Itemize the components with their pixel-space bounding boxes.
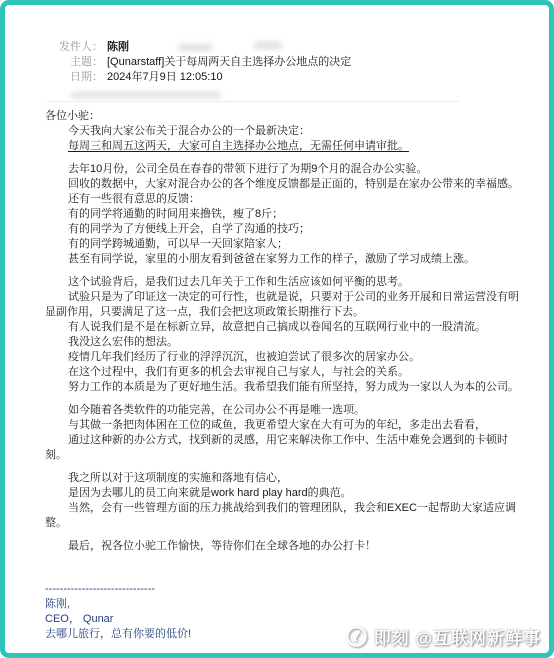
body-line: 还有一些很有意思的反馈：	[45, 192, 537, 207]
body-line: 今天我向大家公布关于混合办公的一个最新决定：	[45, 124, 537, 139]
watermark: 即刻 @互联网新鲜事	[345, 624, 541, 649]
body-line: 有的同学为了方便线上开会，自学了沟通的技巧；	[45, 222, 537, 237]
body-line: 与其做一条把肉体困在工位的咸鱼，我更希望大家在大有可为的年纪，多走出去看看，	[45, 418, 537, 433]
header-field-label: 发件人：	[45, 40, 103, 55]
header-field-1: 主题：[Qunarstaff]关于每周两天自主选择办公地点的决定	[45, 55, 351, 70]
email-body: 各位小驼：今天我向大家公布关于混合办公的一个最新决定：每周三和周五这两天，大家可…	[45, 109, 537, 642]
body-line: 去年10月份，公司全员在春春的带领下进行了为期9个月的混合办公实验。	[45, 162, 537, 177]
header-field-label: 主题：	[45, 55, 103, 70]
body-line: 疫情几年我们经历了行业的浮浮沉沉，也被迫尝试了很多次的居家办公。	[45, 350, 537, 365]
body-line: 试验只是为了印证这一决定的可行性，也就是说，只要对于公司的业务开展和日常运营没有…	[45, 290, 537, 305]
redaction-smudge	[254, 42, 282, 49]
blank-line	[45, 267, 537, 275]
redaction-smudge	[71, 92, 221, 98]
body-text: 各位小驼：今天我向大家公布关于混合办公的一个最新决定：每周三和周五这两天，大家可…	[45, 109, 537, 554]
email-screenshot-frame: 发件人：陈刚主题：[Qunarstaff]关于每周两天自主选择办公地点的决定日期…	[0, 0, 554, 658]
body-line: 是因为去哪儿的员工向来就是work hard play hard的典范。	[45, 486, 537, 501]
body-line: 有的同学将通勤的时间用来撸铁，瘦了8斤；	[45, 207, 537, 222]
watermark-text: 即刻 @互联网新鲜事	[374, 624, 541, 649]
body-line: 努力工作的本质是为了更好地生活。我希望我们能有所坚持，努力成为一家以人为本的公司…	[45, 380, 537, 395]
blank-line	[45, 154, 537, 162]
header-field-label: 日期：	[45, 70, 103, 85]
body-line: 甚至有同学说，家里的小朋友看到爸爸在家努力工作的样子，激励了学习成绩上涨。	[45, 252, 537, 267]
header-divider	[47, 101, 459, 102]
body-line: 我没这么宏伟的想法。	[45, 335, 537, 350]
blank-line	[45, 531, 537, 539]
body-line: 回收的数据中，大家对混合办公的各个维度反馈都是正面的，特别是在家办公带来的幸福感…	[45, 177, 537, 192]
header-field-2: 日期：2024年7月9日 12:05:10	[45, 70, 351, 85]
header-field-value: 2024年7月9日 12:05:10	[107, 70, 223, 85]
signature-line: ------------------------------	[45, 582, 537, 597]
body-line: 整。	[45, 516, 537, 531]
jike-logo-icon	[345, 625, 368, 648]
body-line: 在这个过程中，我们有更多的机会去审视自己与家人，与社会的关系。	[45, 365, 537, 380]
body-line: 我之所以对于这项制度的实施和落地有信心，	[45, 471, 537, 486]
signature-line: 陈刚,	[45, 597, 537, 612]
body-line: 各位小驼：	[45, 109, 537, 124]
redaction-smudge	[178, 44, 212, 51]
body-line: 通过这种新的办公方式，找到新的灵感，用它来解决你工作中、生活中难免会遇到的卡顿时	[45, 433, 537, 448]
body-line: 最后，祝各位小驼工作愉快，等待你们在全球各地的办公打卡！	[45, 539, 537, 554]
body-line: 这个试验背后，是我们过去几年关于工作和生活应该如何平衡的思考。	[45, 275, 537, 290]
blank-line	[45, 395, 537, 403]
body-line: 如今随着各类软件的功能完善，在公司办公不再是唯一选项。	[45, 403, 537, 418]
body-line: 刻。	[45, 448, 537, 463]
body-line: 当然，会有一些管理方面的压力挑战给到我们的管理团队，我会和EXEC一起帮助大家适…	[45, 501, 537, 516]
body-line: 有人说我们是不是在标新立异，故意把自己搞成以卷闻名的互联网行业中的一股清流。	[45, 320, 537, 335]
body-line: 每周三和周五这两天，大家可自主选择办公地点，无需任何申请审批。	[45, 139, 537, 154]
header-field-value: [Qunarstaff]关于每周两天自主选择办公地点的决定	[107, 55, 351, 70]
header-field-value: 陈刚	[107, 40, 129, 55]
blank-line	[45, 463, 537, 471]
body-line: 有的同学跨城通勤，可以早一天回家陪家人；	[45, 237, 537, 252]
body-line: 显副作用，只要满足了这一点，我们会把这项政策长期推行下去。	[45, 305, 537, 320]
